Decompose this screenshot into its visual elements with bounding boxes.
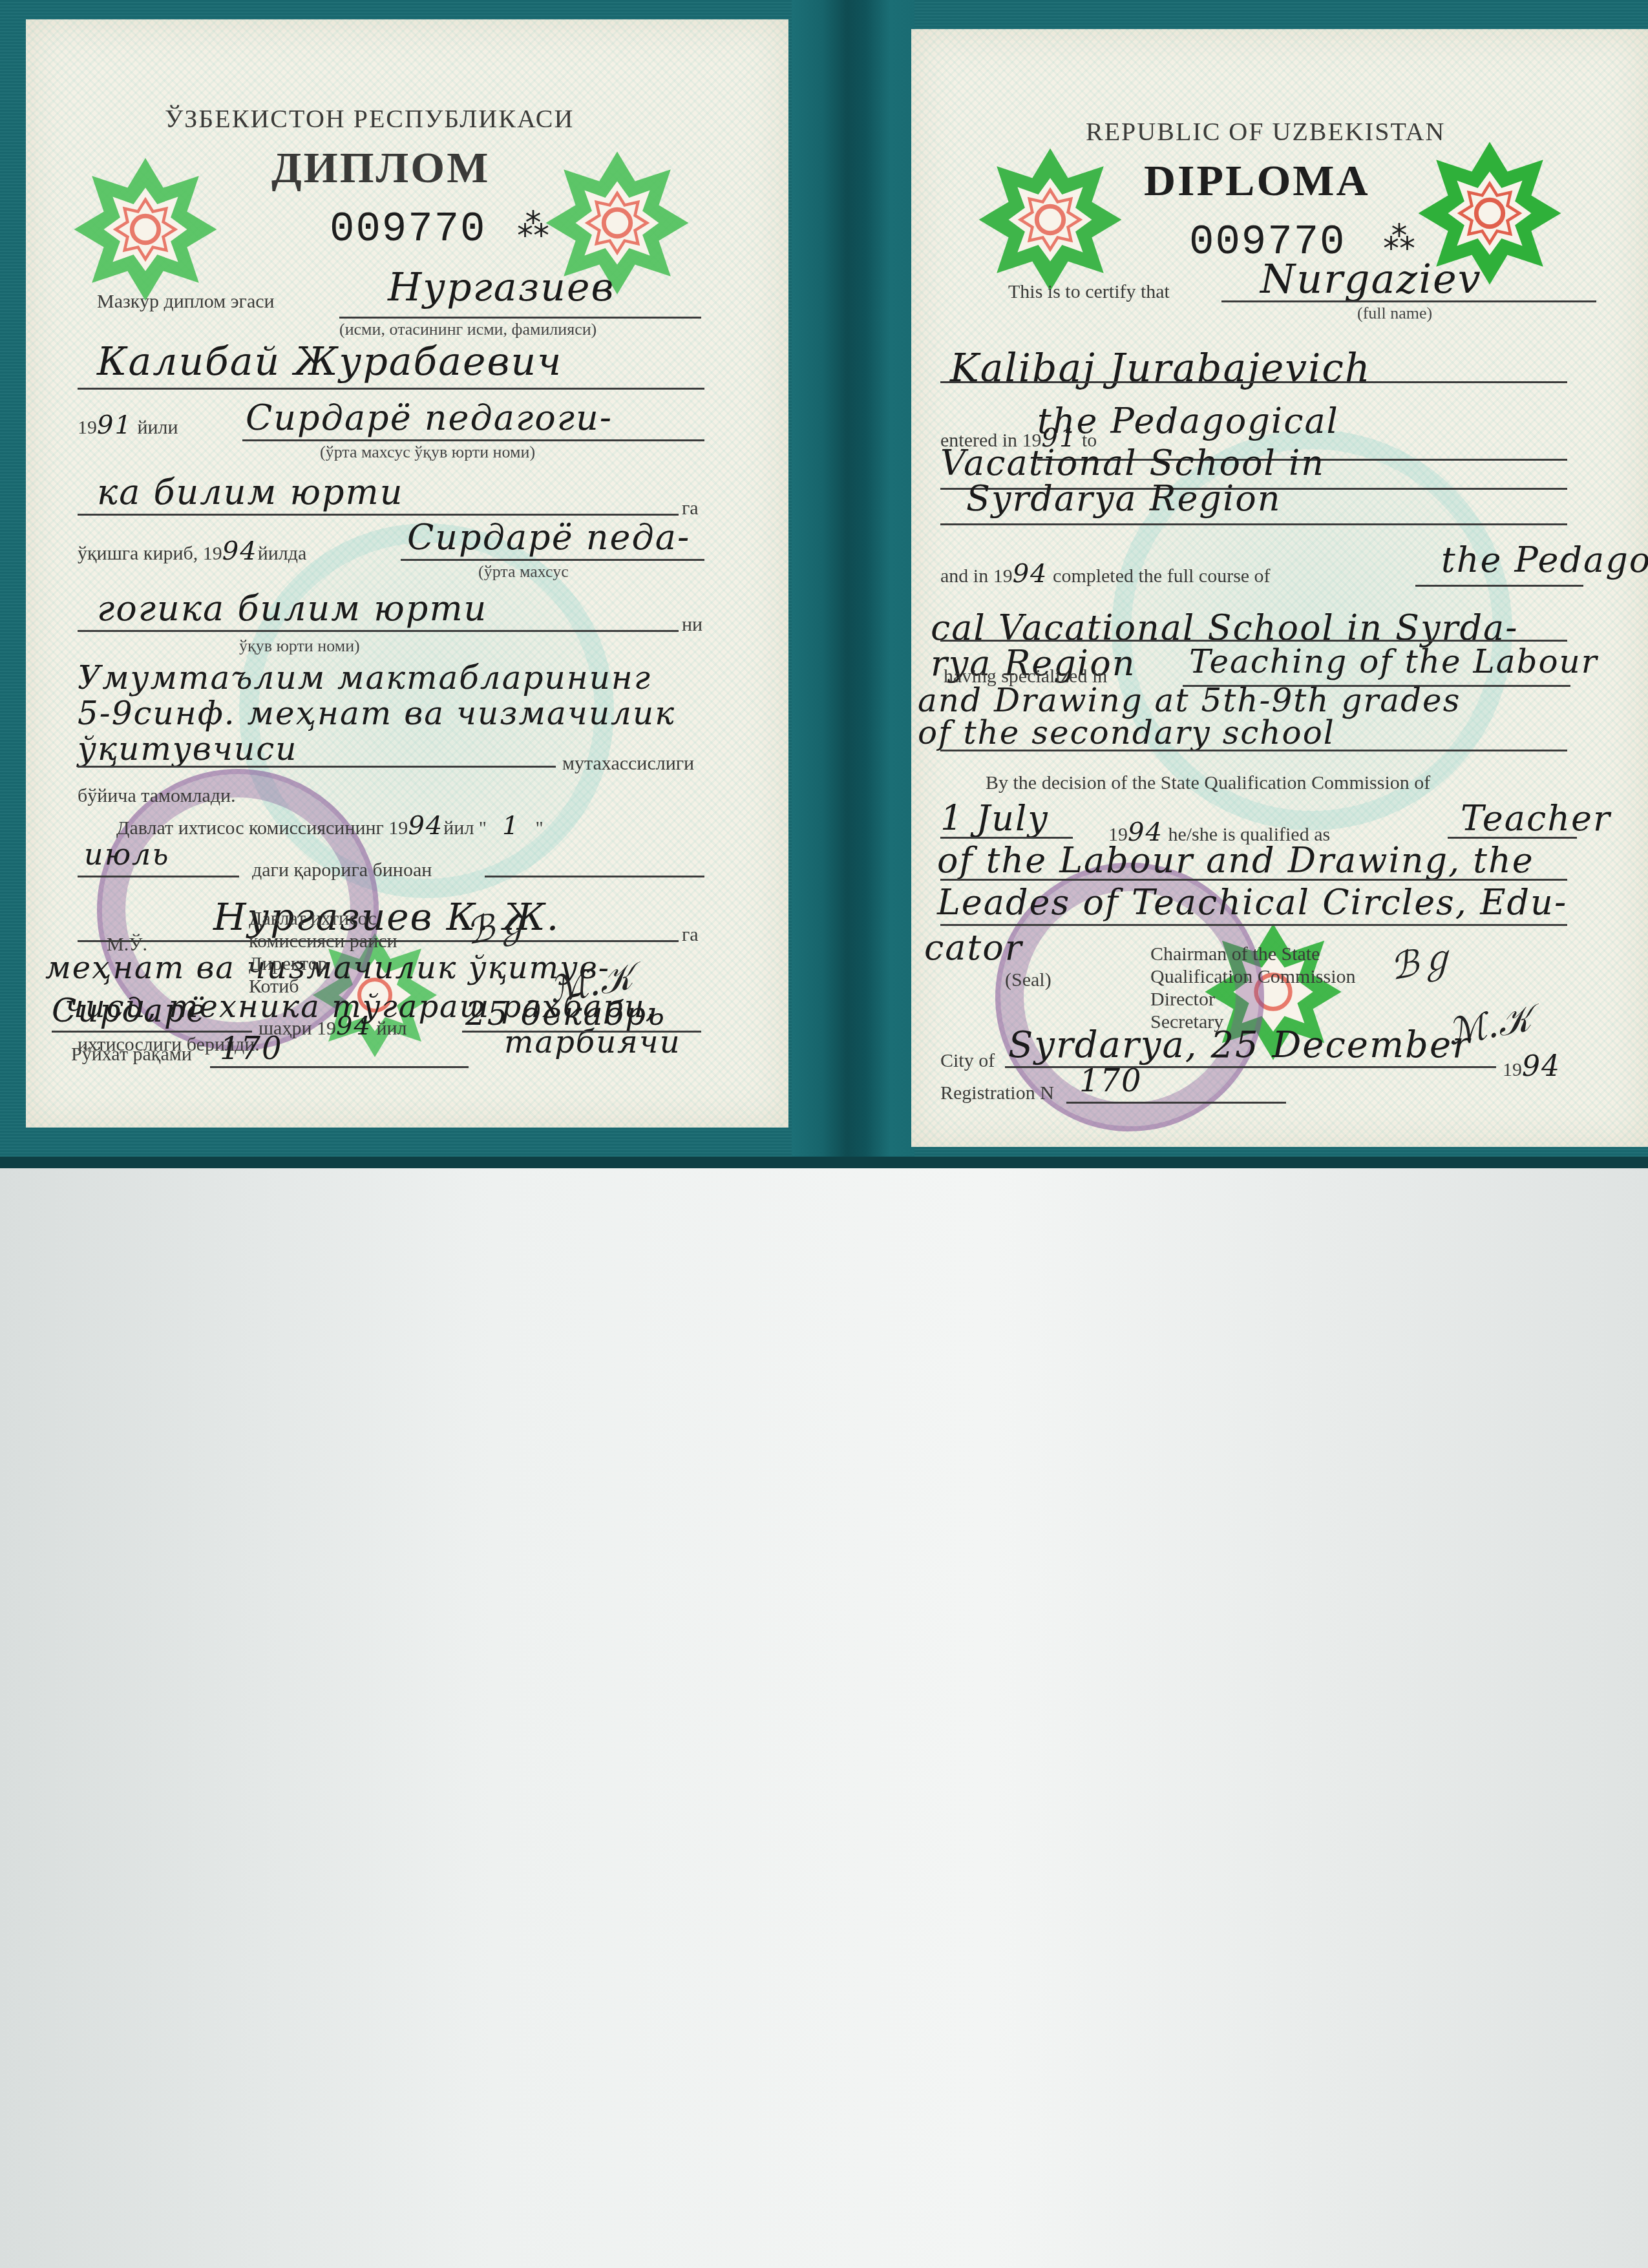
school-hint: (ўрта махсус ўқув юрти номи) [320,443,535,462]
holder-label: Мазкур диплом эгаси [97,291,275,313]
qualification-line-2: of the Labour and Drawing, the [937,840,1534,881]
secretary-label: Котиб [249,976,299,998]
registration-label: Рўйхат рақами [71,1044,192,1066]
specialty-line-1: Teaching of the Labour [1189,643,1598,680]
decision-label: даги қарорига биноан [252,859,432,881]
date-day-month: 25 декабрь [465,995,666,1033]
holder-hint: (исми, отасининг исми, фамилияси) [339,320,597,339]
director-label: Директор [249,953,328,975]
certify-label: This is to certify that [1008,281,1170,303]
commission-label: Давлат ихтисос комиссиясининг 1994йил "1… [116,811,544,841]
holder-name: Kalibaj Jurabajevich [950,346,1371,391]
school-suffix: га [682,498,699,520]
specialty-line-3: ўқитувчиси [78,730,297,768]
registration-number: 170 [220,1031,283,1067]
serial-mark-icon: ⁂ [1383,220,1417,260]
specialty-label: мутахассислиги [562,753,694,775]
school-line-3: Syrdarya Region [966,478,1282,519]
country-header: REPUBLIC OF UZBEKISTAN [1086,116,1445,147]
year-label: 1994 [1503,1050,1561,1083]
holder-surname: Нургазиев [388,265,615,310]
completed-hint-b: ўқув юрти номи) [239,636,360,656]
completed-school-line-2: гогика билим юрти [97,588,487,629]
holder-hint: (full name) [1357,304,1432,323]
school-line-1: Сирдарё педагоги- [246,397,613,438]
chairman-label-1: Давлат ихтисос [249,908,377,930]
school-line-1: the Pedagogical [1037,401,1339,441]
registration-number: 170 [1079,1063,1143,1099]
decision-date: 1 July [940,798,1049,839]
school-line-2: ка билим юрти [97,472,404,512]
completed-suffix: ни [682,614,703,636]
qualification-line-1: Teacher [1461,798,1611,839]
qualified-suffix: га [682,924,699,946]
holder-surname: Nurgaziev [1260,255,1482,302]
completed-label: and in 1994 completed the full course of [940,559,1271,589]
chairman-label-2: Qualification Commission [1150,966,1355,988]
director-label: Director [1150,989,1215,1011]
registration-label: Registration N [940,1082,1054,1104]
diploma-spine [792,0,914,1157]
qualification-line-3: Leades of Teachical Circles, Edu- [937,882,1567,923]
chairman-label-1: Chairman of the State [1150,943,1320,965]
diploma-title: ДИПЛОМ [271,142,490,193]
city-name: Сирдарё [52,992,207,1029]
specialty-line-1: Умумтаълим мактабларининг [78,659,651,697]
city-label: City of [940,1050,995,1072]
qualification-line-4: cator [924,927,1022,968]
chairman-label-2: комиссияси раиси [249,930,397,952]
completed-label: ўқишга кириб, 1994йилда [78,536,306,566]
completed-school-line-1: the Pedagogi- [1441,540,1648,580]
school-line-2: Vacational School in [940,443,1325,483]
entered-year-label: 1991 йили [78,410,178,440]
completed-school-line-1: Сирдарё педа- [407,517,690,558]
english-page: REPUBLIC OF UZBEKISTAN DIPLOMA 009770 ⁂ … [911,29,1648,1147]
commission-month: июль [84,837,169,872]
rosette-icon [976,145,1125,294]
seal-label: (Seal) [1005,969,1051,991]
finished-label: бўйича тамомлади. [78,785,236,807]
serial-number: 009770 [330,207,486,253]
rosette-icon [71,155,220,304]
completed-hint-a: (ўрта махсус [478,562,569,582]
completed-school-line-2: cal Vacational School in Syrda- [931,607,1518,648]
country-header: ЎЗБЕКИСТОН РЕСПУБЛИКАСИ [165,103,574,134]
chairman-signature: ℬℊ [1386,929,1458,991]
specialty-line-3: of the secondary school [918,714,1335,751]
uzbek-page: ЎЗБЕКИСТОН РЕСПУБЛИКАСИ ДИПЛОМ 009770 ⁂ … [26,19,788,1128]
city-date: Syrdarya, 25 December [1008,1024,1471,1066]
serial-mark-icon: ⁂ [517,207,551,247]
diploma-title: DIPLOMA [1144,155,1370,206]
decision-label: By the decision of the State Qualificati… [986,772,1430,794]
specialty-line-2: 5-9синф. меҳнат ва чизмачилик [78,695,675,732]
chairman-signature: ℬℊ [461,893,534,955]
seal-label: М.Ў. [107,934,147,956]
holder-name: Калибай Журабаевич [97,339,562,384]
